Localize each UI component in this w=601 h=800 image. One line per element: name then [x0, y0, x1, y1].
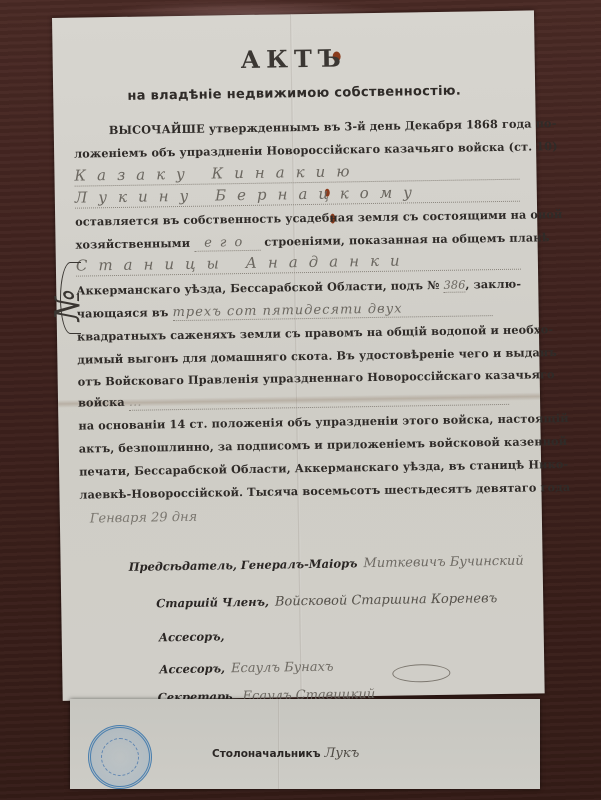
signature-handwritten: Войсковой Старшина Кореневъ	[275, 591, 498, 609]
document-subtitle: на владѣніе недвижимою собственностію.	[53, 82, 535, 105]
body-line-1: ВЫСОЧАЙШЕ утвержденнымъ въ 3-й день Дека…	[109, 117, 519, 137]
clerk-role: Столоначальникъ	[212, 748, 321, 760]
body-line-12: отъ Войсковаго Правленія упраздненнаго Н…	[78, 368, 523, 389]
document-title: АКТЪ	[52, 40, 534, 77]
signature-role: Ассесоръ,	[159, 629, 225, 644]
signature-row-assessor-2: Ассесоръ,Есаулъ Бунахъ	[159, 660, 334, 678]
margin-number-mark: №	[48, 289, 88, 321]
body-line-11: димый выгонъ для домашняго скота. Въ удо…	[77, 346, 522, 367]
signature-role: Ассесоръ,	[159, 661, 225, 676]
signature-row-assessor-1: Ассесоръ,	[159, 629, 231, 645]
decree-word: ВЫСОЧАЙШЕ	[109, 122, 205, 138]
handwritten-plot-number: 386	[443, 279, 465, 293]
body-line-5: оставляется въ собственность усадебная з…	[75, 208, 520, 229]
body-line-17: лаевкѣ-Новороссійской. Тысяча восемьсотъ…	[79, 481, 524, 502]
clerk-signature: Лукъ	[325, 746, 360, 761]
handwritten-pronoun: его	[194, 235, 260, 252]
signature-handwritten: Миткевичъ Бучинский	[363, 554, 523, 572]
body-line-9: чающаяся въ трехъ сот пятидесяти двух	[77, 300, 522, 323]
body-line-2: ложеніемъ объ упраздненіи Новороссійскаг…	[74, 140, 519, 161]
body-line-14: на основаніи 14 ст. положенія объ упразд…	[78, 412, 523, 433]
signature-role: Старшій Членъ,	[156, 595, 269, 611]
handwritten-stanitsa-name: Станицы Анаданки	[76, 249, 521, 277]
body-line-8: Аккерманскаго уѣзда, Бессарабской Област…	[76, 277, 521, 299]
signature-handwritten: Есаулъ Бунахъ	[231, 660, 334, 677]
handwritten-date: Генваря 29 дня	[90, 510, 198, 527]
signature-row-senior-member: Старшій Членъ,Войсковой Старшина Коренев…	[156, 591, 497, 611]
seal-emblem	[101, 738, 139, 776]
official-seal-stamp	[88, 725, 152, 789]
signature-row-chairman: Предсѣдатель, Генералъ-МаіоръМиткевичъ Б…	[129, 554, 524, 575]
handwritten-area: трехъ сот пятидесяти двух	[172, 300, 492, 321]
body-line-10: квадратныхъ саженяхъ земли съ правомъ на…	[77, 323, 522, 344]
clerk-signature-row: СтолоначальникъЛукъ	[212, 746, 359, 761]
vertical-fold-crease	[278, 699, 280, 789]
signature-role: Предсѣдатель, Генералъ-Маіоръ	[129, 556, 358, 574]
handwritten-faded: ...	[129, 389, 509, 411]
body-line-16: печати, Бессарабской Области, Аккерманск…	[79, 458, 524, 479]
ink-flourish	[392, 664, 450, 683]
body-line-15: актъ, безпошлинно, за подписомъ и прилож…	[79, 435, 524, 456]
document-sheet: АКТЪ на владѣніе недвижимою собственност…	[52, 10, 545, 700]
body-line-13: войска ...	[78, 389, 523, 412]
document-content: АКТЪ на владѣніе недвижимою собственност…	[52, 10, 545, 700]
